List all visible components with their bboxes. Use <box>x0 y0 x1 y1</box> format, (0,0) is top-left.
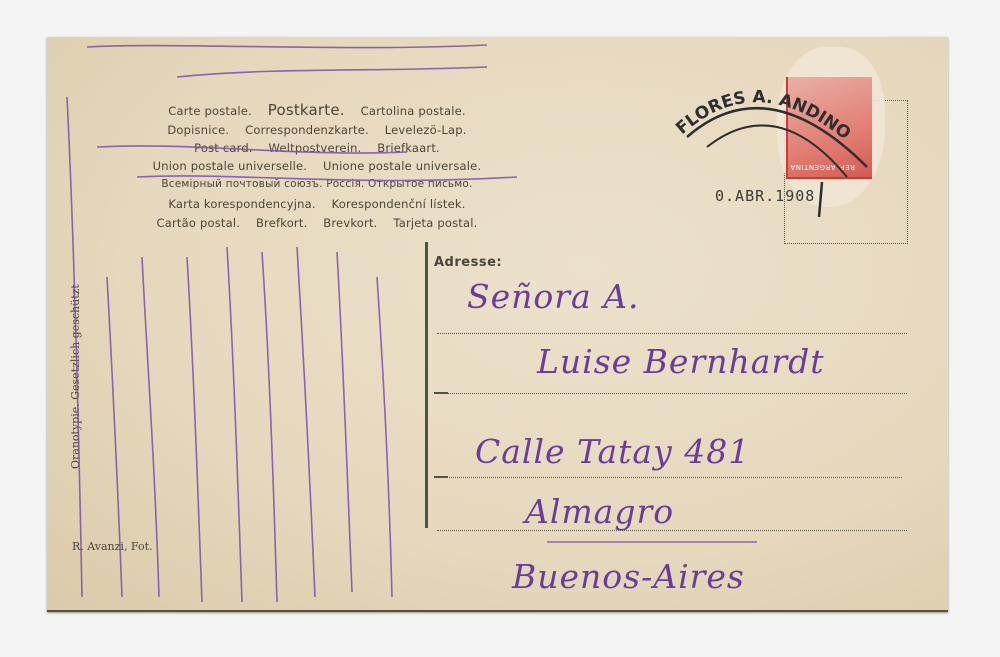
handwritten-message <box>47 37 948 610</box>
postcard: Carte postale. Postkarte. Cartolina post… <box>47 37 948 612</box>
